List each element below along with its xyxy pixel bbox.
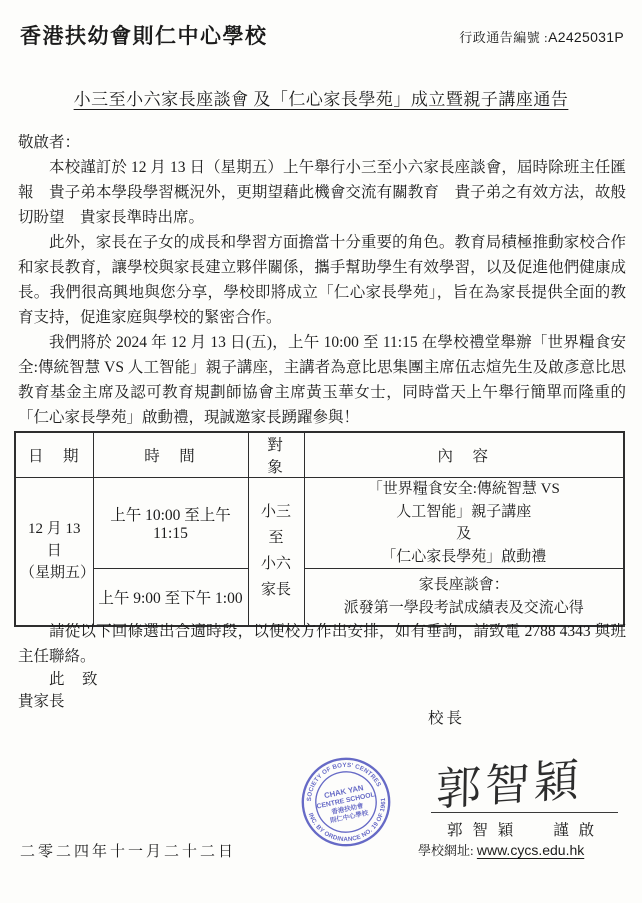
closing-block: 請從以下回條選出合適時段，以便校方作出安排，如有垂詢，請致電 2788 4343… bbox=[18, 619, 626, 713]
salutation: 敬啟者： bbox=[18, 130, 626, 155]
school-stamp: SOCIETY OF BOYS' CENTRES INC. BY ORDINAN… bbox=[293, 749, 400, 856]
school-website: 學校網址: www.cycs.edu.hk bbox=[418, 840, 584, 859]
paragraph-3: 我們將於 2024 年 12 月 13 日(五)，上午 10:00 至 11:1… bbox=[18, 330, 626, 430]
date-cell: 12 月 13 日 （星期五） bbox=[15, 478, 93, 626]
table-header-row: 日 期 時 間 對 象 內 容 bbox=[15, 432, 624, 478]
column-header-time: 時 間 bbox=[93, 432, 248, 478]
document-header: 香港扶幼會則仁中心學校 行政通告編號 :A2425031P bbox=[20, 20, 624, 50]
content-cell-2: 家長座談會： 派發第一學段考試成績表及交流心得 bbox=[304, 569, 624, 626]
notice-reference-label: 行政通告編號 : bbox=[459, 30, 548, 45]
notice-reference: 行政通告編號 :A2425031P bbox=[459, 27, 624, 46]
audience-cell: 小三 至 小六 家長 bbox=[248, 478, 304, 626]
closing-paragraph: 請從以下回條選出合適時段，以便校方作出安排，如有垂詢，請致電 2788 4343… bbox=[18, 619, 626, 669]
column-header-date: 日 期 bbox=[15, 432, 93, 478]
column-header-content: 內 容 bbox=[304, 432, 624, 478]
valediction: 此 致 bbox=[18, 669, 626, 691]
website-url: www.cycs.edu.hk bbox=[477, 842, 584, 858]
recipient: 貴家長 bbox=[18, 691, 626, 713]
signer-printed-name: 郭 智 穎 謹 啟 bbox=[447, 818, 597, 840]
schedule-table: 日 期 時 間 對 象 內 容 12 月 13 日 （星期五） 上午 10:00… bbox=[14, 431, 625, 627]
website-label: 學校網址: bbox=[418, 843, 474, 858]
principal-label: 校長 bbox=[428, 706, 465, 728]
column-header-audience: 對 象 bbox=[248, 432, 304, 478]
table-row: 上午 9:00 至下午 1:00 家長座談會： 派發第一學段考試成績表及交流心得 bbox=[15, 569, 624, 626]
school-name: 香港扶幼會則仁中心學校 bbox=[20, 20, 268, 50]
issue-date: 二零二四年十一月二十二日 bbox=[20, 840, 236, 861]
paragraph-2: 此外，家長在子女的成長和學習方面擔當十分重要的角色。教育局積極推動家校合作和家長… bbox=[18, 230, 626, 330]
letter-body: 敬啟者： 本校謹訂於 12 月 13 日（星期五）上午舉行小三至小六家長座談會，… bbox=[18, 130, 626, 430]
paragraph-1: 本校謹訂於 12 月 13 日（星期五）上午舉行小三至小六家長座談會，屆時除班主… bbox=[18, 155, 626, 230]
notice-document: 香港扶幼會則仁中心學校 行政通告編號 :A2425031P 小三至小六家長座談會… bbox=[0, 0, 642, 903]
notice-reference-value: A2425031P bbox=[548, 29, 624, 45]
page-title: 小三至小六家長座談會 及「仁心家長學苑」成立暨親子講座通告 bbox=[0, 85, 642, 110]
handwritten-signature: 郭智穎 bbox=[436, 743, 584, 818]
content-cell-1: 「世界糧食安全:傳統智慧 VS 人工智能」親子講座 及 「仁心家長學苑」啟動禮 bbox=[304, 478, 624, 569]
signature-line bbox=[431, 812, 618, 813]
table-row: 12 月 13 日 （星期五） 上午 10:00 至上午 11:15 小三 至 … bbox=[15, 478, 624, 569]
time-cell-1: 上午 10:00 至上午 11:15 bbox=[93, 478, 248, 569]
time-cell-2: 上午 9:00 至下午 1:00 bbox=[93, 569, 248, 626]
